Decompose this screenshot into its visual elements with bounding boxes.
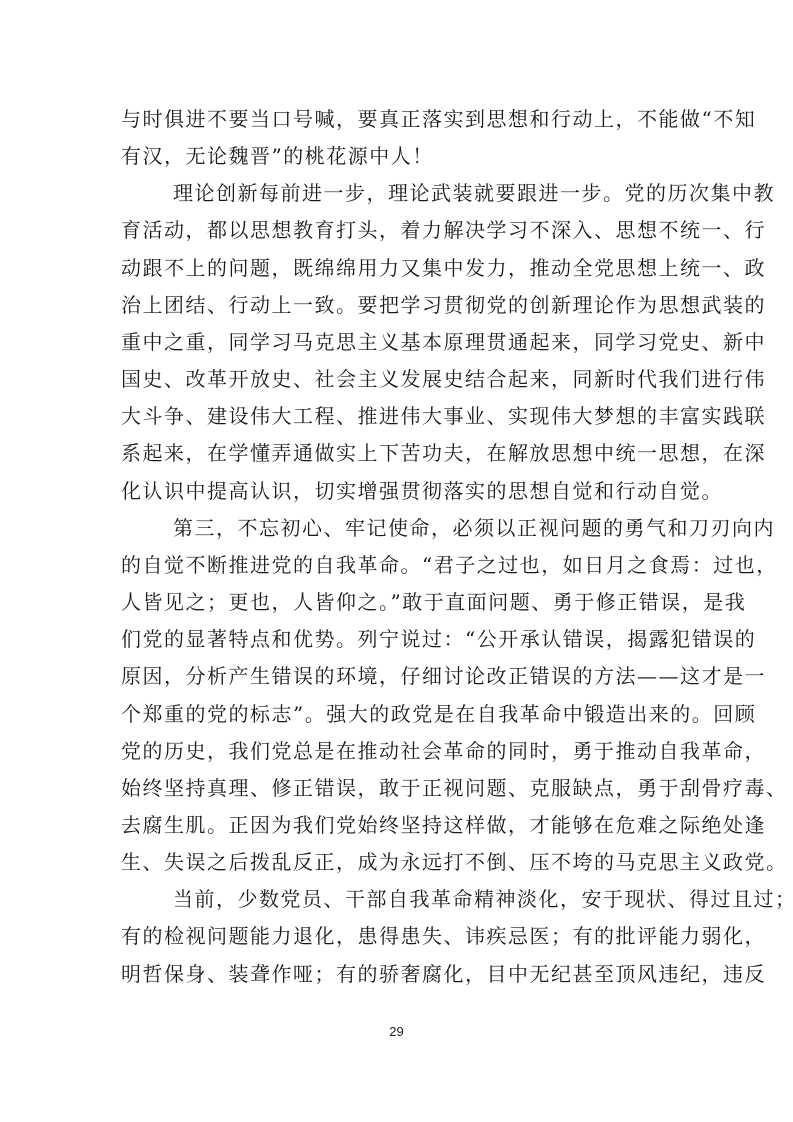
text-line: 第三，不忘初心、牢记使命，必须以正视问题的勇气和刀刃向内: [121, 510, 673, 547]
text-line: 始终坚持真理、修正错误，敢于正视问题、克服缺点，勇于刮骨疗毒、: [121, 770, 673, 807]
text-line: 理论创新每前进一步，理论武装就要跟进一步。党的历次集中教: [121, 175, 673, 212]
text-line: 党的历史，我们党总是在推动社会革命的同时，勇于推动自我革命，: [121, 733, 673, 770]
text-line: 人皆见之；更也，人皆仰之。”敢于直面问题、勇于修正错误，是我: [121, 584, 673, 621]
text-line: 动跟不上的问题，既绵绵用力又集中发力，推动全党思想上统一、政: [121, 250, 673, 287]
text-line: 个郑重的党的标志”。强大的政党是在自我革命中锻造出来的。回顾: [121, 696, 673, 733]
text-line: 化认识中提高认识，切实增强贯彻落实的思想自觉和行动自觉。: [121, 473, 673, 510]
text-line: 育活动，都以思想教育打头，着力解决学习不深入、思想不统一、行: [121, 212, 673, 249]
document-page: 与时俱进不要当口号喊，要真正落实到思想和行动上，不能做“不知有汉，无论魏晋”的桃…: [0, 0, 793, 1122]
text-line: 治上团结、行动上一致。要把学习贯彻党的创新理论作为思想武装的: [121, 287, 673, 324]
text-line: 生、失误之后拨乱反正，成为永远打不倒、压不垮的马克思主义政党。: [121, 844, 673, 881]
text-line: 重中之重，同学习马克思主义基本原理贯通起来，同学习党史、新中: [121, 324, 673, 361]
text-line: 国史、改革开放史、社会主义发展史结合起来，同新时代我们进行伟: [121, 361, 673, 398]
text-line: 当前，少数党员、干部自我革命精神淡化，安于现状、得过且过；: [121, 881, 673, 918]
text-line: 原因，分析产生错误的环境，仔细讨论改正错误的方法——这才是一: [121, 658, 673, 695]
text-line: 们党的显著特点和优势。列宁说过：“公开承认错误，揭露犯错误的: [121, 621, 673, 658]
text-line: 系起来，在学懂弄通做实上下苦功夫，在解放思想中统一思想，在深: [121, 435, 673, 472]
text-line: 大斗争、建设伟大工程、推进伟大事业、实现伟大梦想的丰富实践联: [121, 398, 673, 435]
text-line: 明哲保身、装聋作哑；有的骄奢腐化，目中无纪甚至顶风违纪，违反: [121, 956, 673, 993]
text-line: 有的检视问题能力退化，患得患失、讳疾忌医；有的批评能力弱化，: [121, 918, 673, 955]
body-text: 与时俱进不要当口号喊，要真正落实到思想和行动上，不能做“不知有汉，无论魏晋”的桃…: [121, 101, 673, 993]
text-line: 的自觉不断推进党的自我革命。“君子之过也，如日月之食焉：过也，: [121, 547, 673, 584]
page-number: 29: [0, 1024, 793, 1039]
text-line: 有汉，无论魏晋”的桃花源中人！: [121, 138, 673, 175]
text-line: 去腐生肌。正因为我们党始终坚持这样做，才能够在危难之际绝处逢: [121, 807, 673, 844]
text-line: 与时俱进不要当口号喊，要真正落实到思想和行动上，不能做“不知: [121, 101, 673, 138]
